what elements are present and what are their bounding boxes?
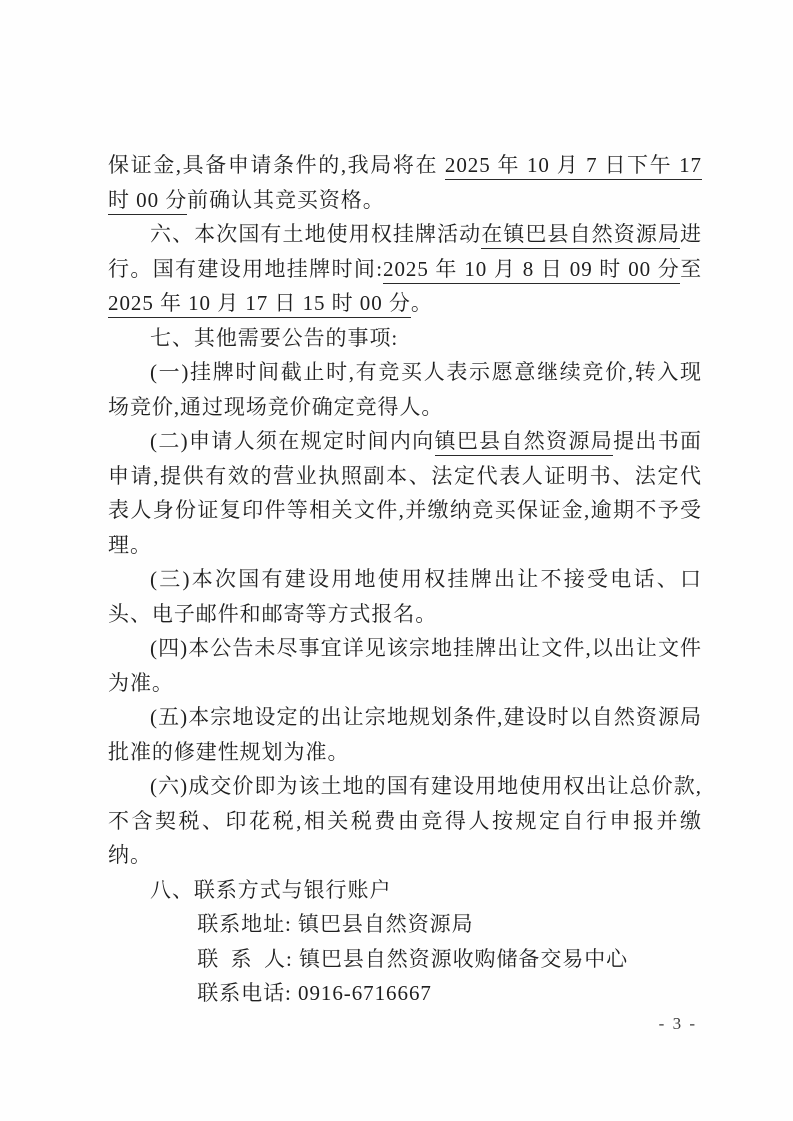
para-item-one: (一)挂牌时间截止时,有竞买人表示愿意继续竞价,转入现场竞价,通过现场竞价确定竞… — [108, 355, 702, 424]
para-item-two: (二)申请人须在规定时间内向镇巴县自然资源局提出书面申请,提供有效的营业执照副本… — [108, 424, 702, 562]
text-run: 。 — [411, 291, 433, 315]
text-run: (二)申请人须在规定时间内向 — [150, 429, 435, 453]
text-run: 至 — [680, 257, 702, 281]
underlined-venue: 在镇巴县自然资源局 — [481, 222, 680, 249]
text-run: 联 系 人: 镇巴县自然资源收购储备交易中心 — [197, 947, 628, 971]
contact-person-line: 联 系 人: 镇巴县自然资源收购储备交易中心 — [108, 942, 702, 977]
underlined-end-date: 2025 年 10 月 17 日 15 时 00 分 — [108, 291, 411, 318]
para-item-six: (六)成交价即为该土地的国有建设用地使用权出让总价款,不含契税、印花税,相关税费… — [108, 769, 702, 873]
text-run: 八、联系方式与银行账户 — [150, 878, 391, 902]
para-deposit-confirmation: 保证金,具备申请条件的,我局将在 2025 年 10 月 7 日下午 17 时 … — [108, 148, 702, 217]
text-run: (三)本次国有建设用地使用权挂牌出让不接受电话、口头、电子邮件和邮寄等方式报名。 — [108, 567, 702, 626]
para-section-six: 六、本次国有土地使用权挂牌活动在镇巴县自然资源局进行。国有建设用地挂牌时间:20… — [108, 217, 702, 321]
document-page: 保证金,具备申请条件的,我局将在 2025 年 10 月 7 日下午 17 时 … — [0, 0, 793, 1121]
contact-phone-line: 联系电话: 0916-6716667 — [108, 976, 702, 1011]
text-run: (六)成交价即为该土地的国有建设用地使用权出让总价款,不含契税、印花税,相关税费… — [108, 774, 702, 867]
text-run: 六、本次国有土地使用权挂牌活动 — [150, 222, 481, 246]
text-run: (四)本公告未尽事宜详见该宗地挂牌出让文件,以出让文件为准。 — [108, 636, 702, 695]
text-run: 前确认其竞买资格。 — [187, 188, 385, 212]
para-item-five: (五)本宗地设定的出让宗地规划条件,建设时以自然资源局批准的修建性规划为准。 — [108, 700, 702, 769]
text-run: 保证金,具备申请条件的,我局将在 — [108, 153, 445, 177]
para-section-seven: 七、其他需要公告的事项: — [108, 321, 702, 356]
page-number: - 3 - — [659, 1014, 697, 1034]
text-run: 七、其他需要公告的事项: — [150, 326, 398, 350]
document-body: 保证金,具备申请条件的,我局将在 2025 年 10 月 7 日下午 17 时 … — [108, 148, 702, 1011]
text-run: (五)本宗地设定的出让宗地规划条件,建设时以自然资源局批准的修建性规划为准。 — [108, 705, 702, 764]
para-section-eight: 八、联系方式与银行账户 — [108, 873, 702, 908]
text-run: 联系电话: 0916-6716667 — [197, 981, 432, 1005]
text-run: 联系地址: 镇巴县自然资源局 — [197, 912, 473, 936]
contact-address-line: 联系地址: 镇巴县自然资源局 — [108, 907, 702, 942]
underlined-agency: 镇巴县自然资源局 — [435, 429, 614, 456]
underlined-start-date: 2025 年 10 月 8 日 09 时 00 分 — [383, 257, 680, 284]
para-item-four: (四)本公告未尽事宜详见该宗地挂牌出让文件,以出让文件为准。 — [108, 631, 702, 700]
text-run: (一)挂牌时间截止时,有竞买人表示愿意继续竞价,转入现场竞价,通过现场竞价确定竞… — [108, 360, 702, 419]
para-item-three: (三)本次国有建设用地使用权挂牌出让不接受电话、口头、电子邮件和邮寄等方式报名。 — [108, 562, 702, 631]
